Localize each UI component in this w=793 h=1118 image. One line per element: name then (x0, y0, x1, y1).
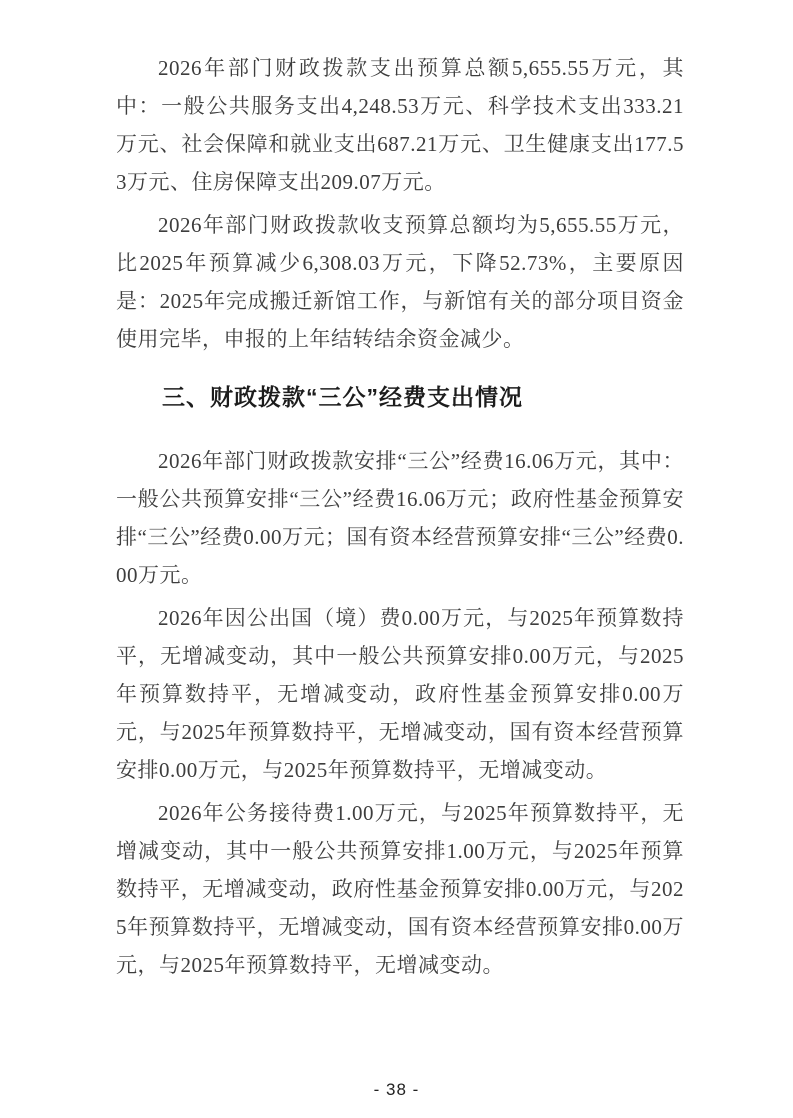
page-number: - 38 - (0, 1080, 793, 1100)
paragraph-official-reception-fee: 2026年公务接待费1.00万元，与2025年预算数持平，无增减变动，其中一般公… (116, 794, 684, 984)
paragraph-three-public-total: 2026年部门财政拨款安排“三公”经费16.06万元，其中：一般公共预算安排“三… (116, 442, 684, 594)
document-page: 2026年部门财政拨款支出预算总额5,655.55万元，其中：一般公共服务支出4… (0, 0, 793, 1118)
paragraph-overseas-travel-fee: 2026年因公出国（境）费0.00万元，与2025年预算数持平，无增减变动，其中… (116, 599, 684, 789)
section-heading-three-public-funds: 三、财政拨款“三公”经费支出情况 (116, 382, 684, 412)
paragraph-expenditure-total: 2026年部门财政拨款支出预算总额5,655.55万元，其中：一般公共服务支出4… (116, 49, 684, 201)
page-content: 2026年部门财政拨款支出预算总额5,655.55万元，其中：一般公共服务支出4… (116, 49, 684, 989)
paragraph-budget-decrease: 2026年部门财政拨款收支预算总额均为5,655.55万元，比2025年预算减少… (116, 206, 684, 358)
